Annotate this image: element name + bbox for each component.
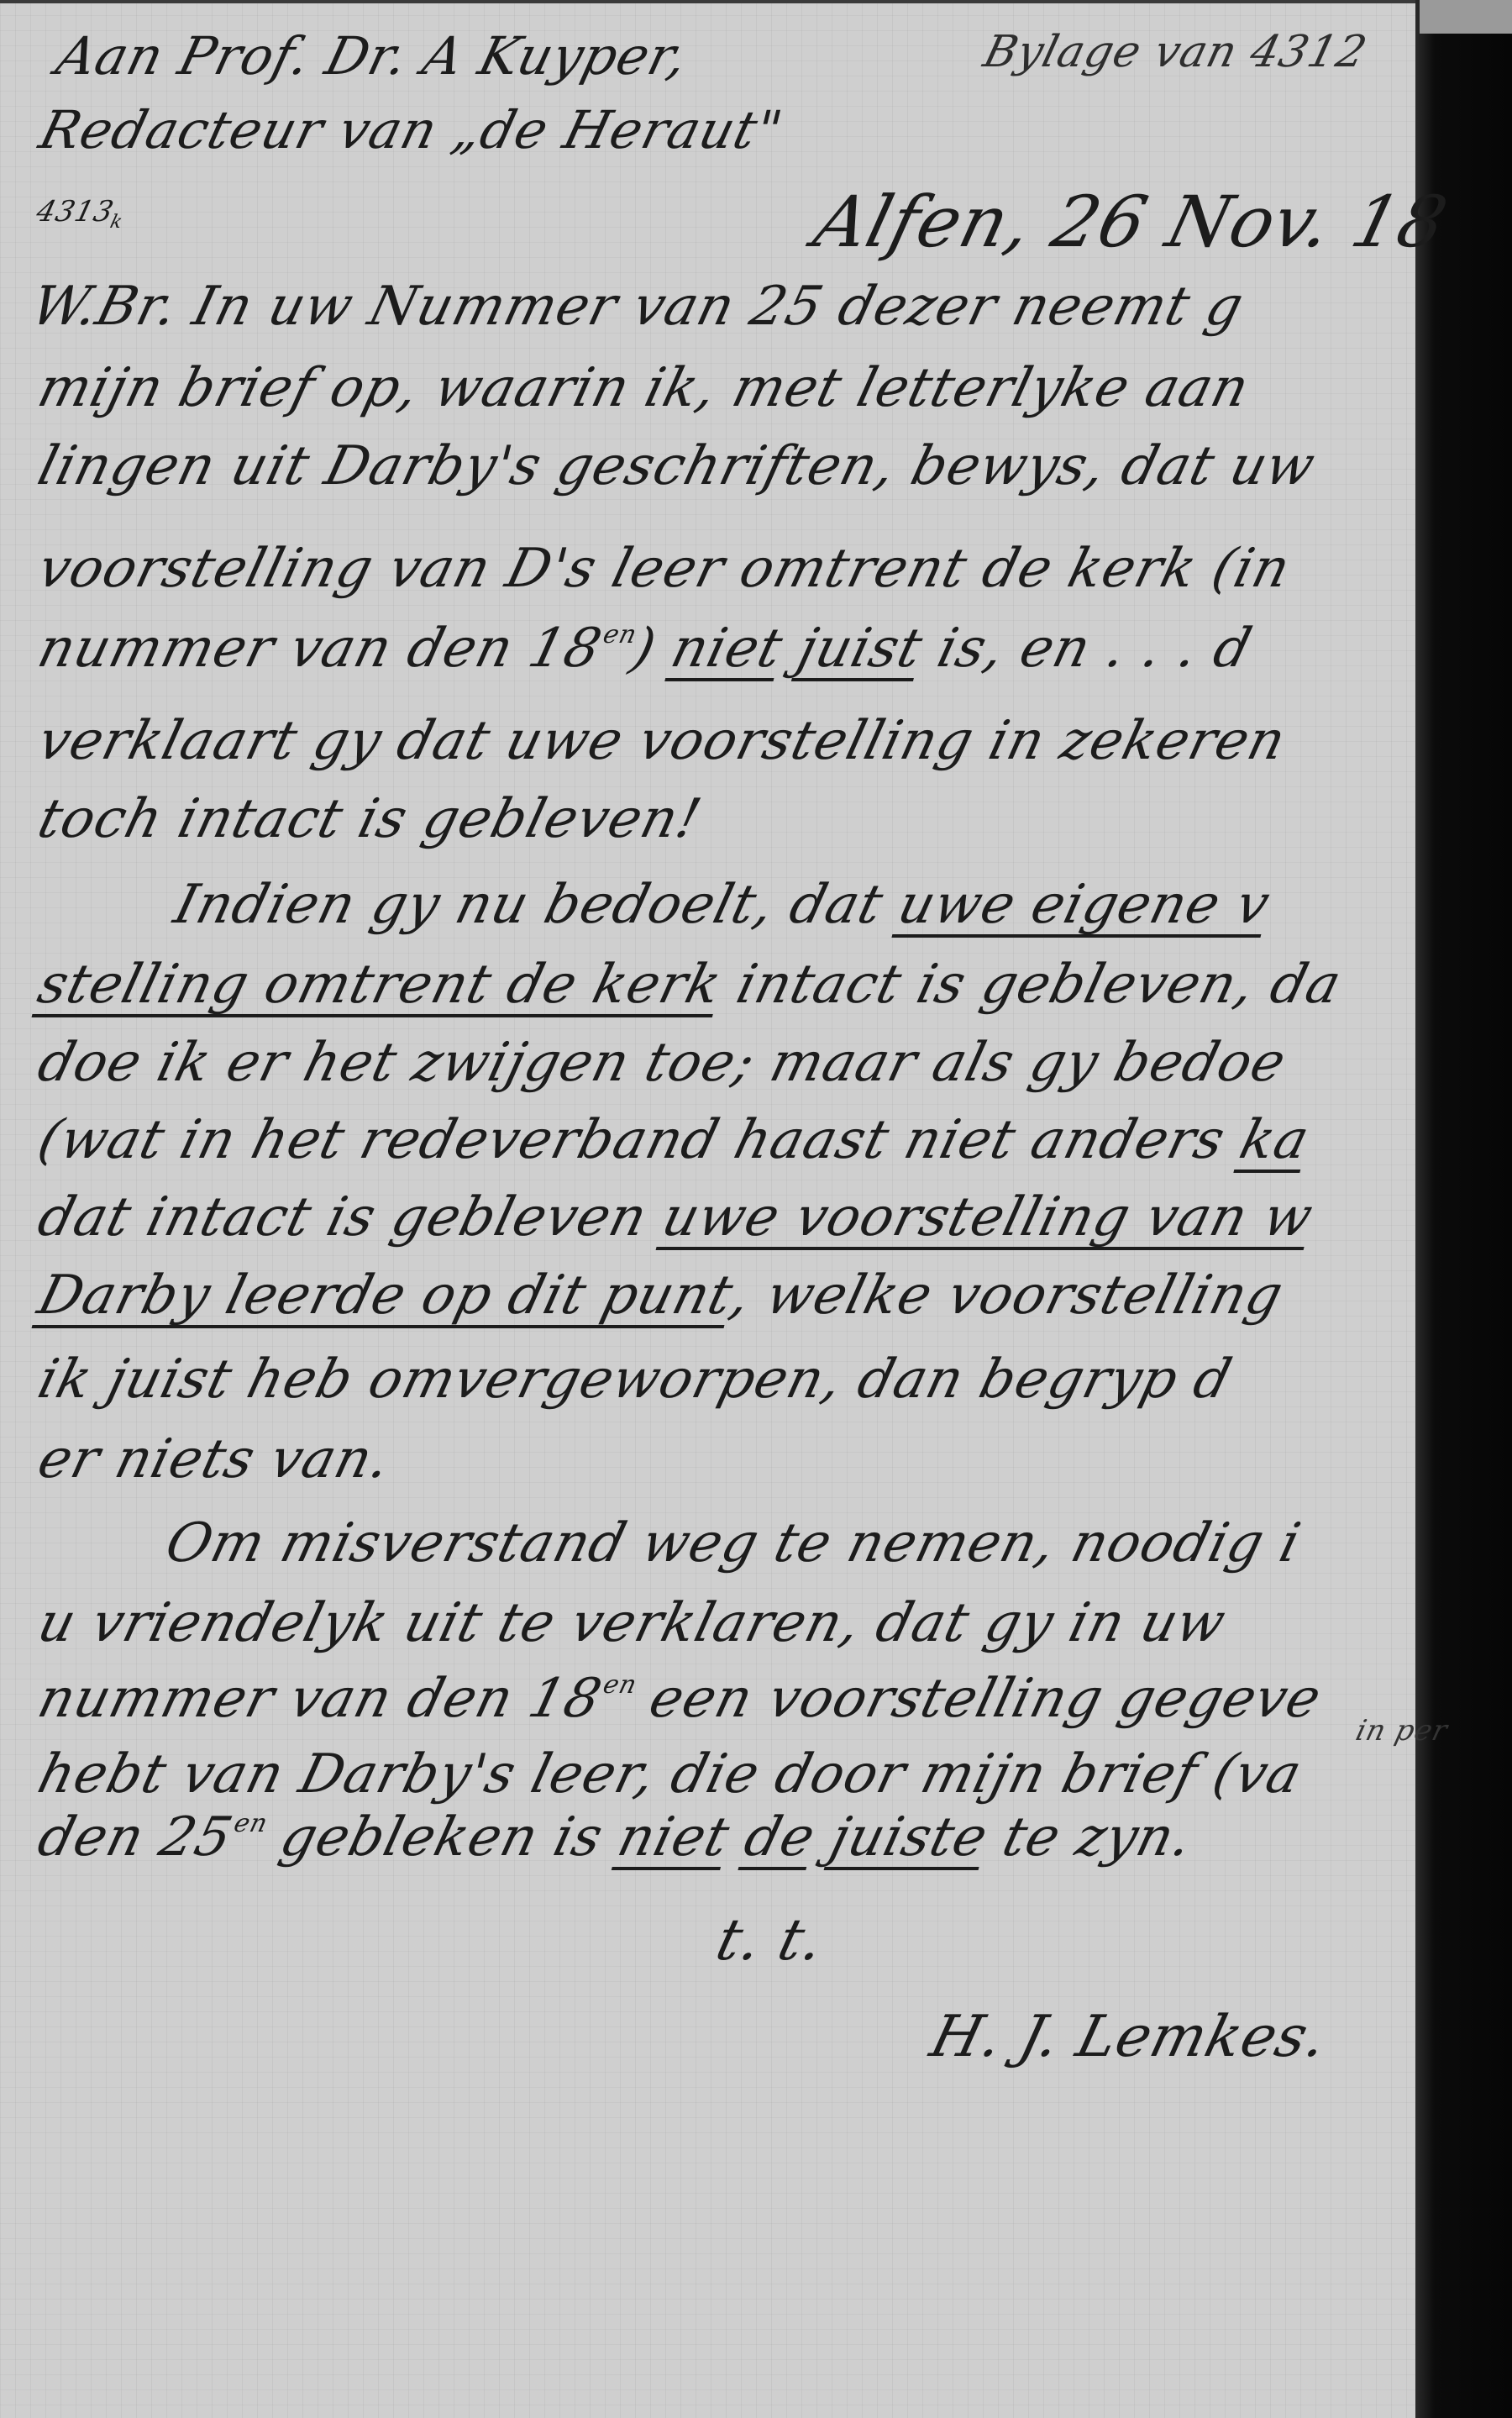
- body-line-5: nummer van den 18en) niet juist is, en .…: [32, 618, 1258, 680]
- body-line-12: dat intact is gebleven uwe voorstelling …: [32, 1186, 1320, 1248]
- binding-strip: [1415, 0, 1512, 2418]
- text-segment: gebleken is: [256, 1806, 627, 1869]
- body-line-19: hebt van Darby's leer, die door mijn bri…: [32, 1743, 1308, 1806]
- body-line-4: voorstelling van D's leer omtrent de ker…: [32, 538, 1297, 600]
- margin-number: 4313k: [32, 195, 129, 233]
- margin-number-value: 4313: [33, 195, 118, 229]
- body-line-2: mijn brief op, waarin ik, met letterlyke…: [32, 357, 1256, 419]
- underlined-phrase: uwe eigene v: [892, 874, 1276, 936]
- signature: H. J. Lemkes.: [924, 2004, 1334, 2070]
- text-segment: Indien gy nu bedoelt, dat: [168, 874, 907, 936]
- text-segment: nummer van den 18: [32, 618, 608, 680]
- addressee-line-1: Aan Prof. Dr. A Kuyper,: [50, 25, 695, 87]
- body-line-3: lingen uit Darby's geschriften, bewys, d…: [32, 435, 1321, 497]
- body-line-13: Darby leerde op dit punt, welke voorstel…: [32, 1264, 1289, 1327]
- text-segment: intact is gebleven, da: [712, 954, 1347, 1016]
- binding-strip-top: [1420, 0, 1512, 34]
- underlined-word: niet: [612, 1806, 736, 1869]
- text-segment: nummer van den 18: [32, 1668, 608, 1730]
- underlined-phrase: uwe voorstelling van w: [656, 1186, 1320, 1248]
- body-line-9: stelling omtrent de kerk intact is geble…: [32, 954, 1347, 1016]
- body-line-6: verklaart gy dat uwe voorstelling in zek…: [32, 710, 1292, 772]
- body-line-7: toch intact is gebleven!: [32, 788, 707, 850]
- text-segment: te zyn.: [979, 1806, 1199, 1869]
- letter-page: Aan Prof. Dr. A Kuyper, Redacteur van „d…: [0, 0, 1512, 2418]
- body-line-20: den 25en gebleken is niet de juiste te z…: [32, 1806, 1199, 1869]
- text-segment: een voorstelling gegeve: [625, 1668, 1327, 1730]
- archive-note: Bylage van 4312: [979, 27, 1373, 77]
- addressee-line-2: Redacteur van „de Heraut": [34, 99, 789, 160]
- letter-date: Alfen, 26 Nov. 18: [806, 181, 1456, 263]
- insertion-note: in per: [1352, 1714, 1452, 1748]
- body-line-11: (wat in het redeverband haast niet ander…: [32, 1109, 1315, 1171]
- page-top-edge: [0, 0, 1512, 3]
- underlined-word: ka: [1234, 1109, 1315, 1171]
- body-line-15: er niets van.: [32, 1428, 397, 1490]
- underlined-word: niet: [665, 618, 790, 680]
- text-segment: , welke voorstelling: [724, 1264, 1289, 1327]
- body-line-10: doe ik er het zwijgen toe; maar als gy b…: [32, 1032, 1292, 1094]
- closing-salutation: t. t.: [710, 1907, 831, 1974]
- text-segment: (wat in het redeverband haast niet ander…: [32, 1109, 1249, 1171]
- underlined-phrase: Darby leerde op dit punt: [32, 1264, 739, 1327]
- text-segment: den 25: [32, 1806, 239, 1869]
- body-line-16: Om misverstand weg te nemen, noodig i: [160, 1512, 1307, 1574]
- body-line-1: W.Br. In uw Nummer van 25 dezer neemt g: [25, 276, 1250, 338]
- underlined-phrase: stelling omtrent de kerk: [32, 954, 728, 1016]
- text-segment: is, en . . . d: [913, 618, 1257, 680]
- underlined-word: juist: [791, 618, 929, 680]
- body-line-18: nummer van den 18en een voorstelling geg…: [32, 1668, 1327, 1730]
- text-segment: dat intact is gebleven: [32, 1186, 672, 1248]
- underlined-word: juiste: [824, 1806, 994, 1869]
- body-line-14: ik juist heb omvergeworpen, dan begryp d: [32, 1348, 1238, 1411]
- body-line-8: Indien gy nu bedoelt, dat uwe eigene v: [168, 874, 1276, 936]
- body-line-17: u vriendelyk uit te verklaren, dat gy in…: [32, 1592, 1232, 1654]
